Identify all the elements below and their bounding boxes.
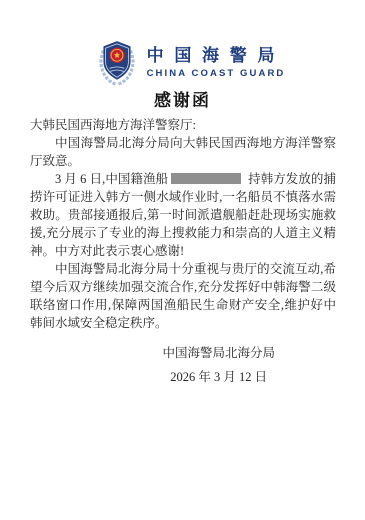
letter-title: 感谢函: [0, 86, 365, 111]
signature-organization: 中国海警局北海分局: [162, 344, 275, 362]
paragraph-greeting: 中国海警局北海分局向大韩民国西海地方海洋警察厅致意。: [30, 134, 336, 170]
letterhead: 中 国 海 警 局 CHINA COAST GUARD: [8, 37, 365, 87]
incident-text-before-redaction: 3 月 6 日,中国籍渔船: [55, 172, 168, 186]
letter-page: 中 国 海 警 局 CHINA COAST GUARD 感谢函 大韩民国西海地方…: [0, 0, 365, 520]
paragraph-cooperation: 中国海警局北海分局十分重视与贵厅的交流互动,希望今后双方继续加强交流合作,充分发…: [30, 260, 336, 332]
org-name-chinese: 中 国 海 警 局: [147, 46, 278, 65]
org-name-english: CHINA COAST GUARD: [147, 68, 286, 79]
signature-block: 中国海警局北海分局 2026 年 3 月 12 日: [162, 344, 275, 386]
letter-body: 大韩民国西海地方海洋警察厅: 中国海警局北海分局向大韩民国西海地方海洋警察厅致意…: [30, 116, 336, 332]
signature-date: 2026 年 3 月 12 日: [162, 368, 275, 386]
org-names: 中 国 海 警 局 CHINA COAST GUARD: [147, 46, 286, 79]
redacted-vessel-name-block: [171, 173, 241, 184]
addressee-line: 大韩民国西海地方海洋警察厅:: [30, 116, 336, 134]
paragraph-incident: 3 月 6 日,中国籍渔船持韩方发放的捕捞许可证进入韩方一侧水域作业时,一名船员…: [30, 170, 336, 260]
coast-guard-badge-icon: [96, 37, 138, 87]
